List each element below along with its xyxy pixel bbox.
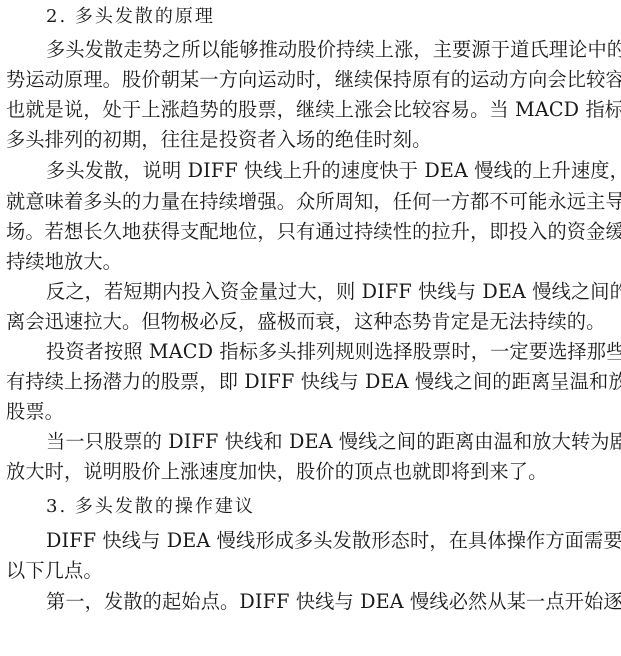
paragraph-1-line-1: 多头发散走势之所以能够推动股价持续上涨，主要源于道氏理论中的趋 [46, 38, 616, 62]
paragraph-6-line-2: 以下几点。 [6, 559, 616, 583]
paragraph-2-line-1: 多头发散，说明 DIFF 快线上升的速度快于 DEA 慢线的上升速度，也 [46, 159, 616, 183]
paragraph-4-line-2: 有持续上扬潜力的股票，即 DIFF 快线与 DEA 慢线之间的距离呈温和放大的 [6, 370, 616, 394]
paragraph-7-line-1: 第一，发散的起始点。DIFF 快线与 DEA 慢线必然从某一点开始逐步走 [46, 590, 616, 614]
paragraph-1-line-2: 势运动原理。股价朝某一方向运动时，继续保持原有的运动方向会比较容易。 [6, 68, 616, 92]
section-heading-2: 2. 多头发散的原理 [46, 5, 621, 29]
paragraph-2-line-2: 就意味着多头的力量在持续增强。众所周知，任何一方都不可能永远主导市 [6, 190, 616, 214]
paragraph-2-line-4: 持续地放大。 [6, 250, 616, 274]
paragraph-3-line-2: 离会迅速拉大。但物极必反，盛极而衰，这种态势肯定是无法持续的。 [6, 310, 616, 334]
paragraph-2-line-3: 场。若想长久地获得支配地位，只有通过持续性的拉升，即投入的资金缓慢地、 [6, 220, 616, 244]
paragraph-1-line-3: 也就是说，处于上涨趋势的股票，继续上涨会比较容易。当 MACD 指标呈 [6, 98, 616, 122]
paragraph-5-line-1: 当一只股票的 DIFF 快线和 DEA 慢线之间的距离由温和放大转为剧烈 [46, 430, 616, 454]
paragraph-5-line-2: 放大时，说明股价上涨速度加快，股价的顶点也就即将到来了。 [6, 460, 616, 484]
paragraph-6-line-1: DIFF 快线与 DEA 慢线形成多头发散形态时，在具体操作方面需要注意 [46, 529, 616, 553]
section-heading-3: 3. 多头发散的操作建议 [46, 495, 621, 519]
paragraph-1-line-4: 多头排列的初期，往往是投资者入场的绝佳时刻。 [6, 128, 616, 152]
paragraph-3-line-1: 反之，若短期内投入资金量过大，则 DIFF 快线与 DEA 慢线之间的距 [46, 280, 616, 304]
paragraph-4-line-1: 投资者按照 MACD 指标多头排列规则选择股票时，一定要选择那些具 [46, 340, 616, 364]
paragraph-4-line-3: 股票。 [6, 400, 616, 424]
